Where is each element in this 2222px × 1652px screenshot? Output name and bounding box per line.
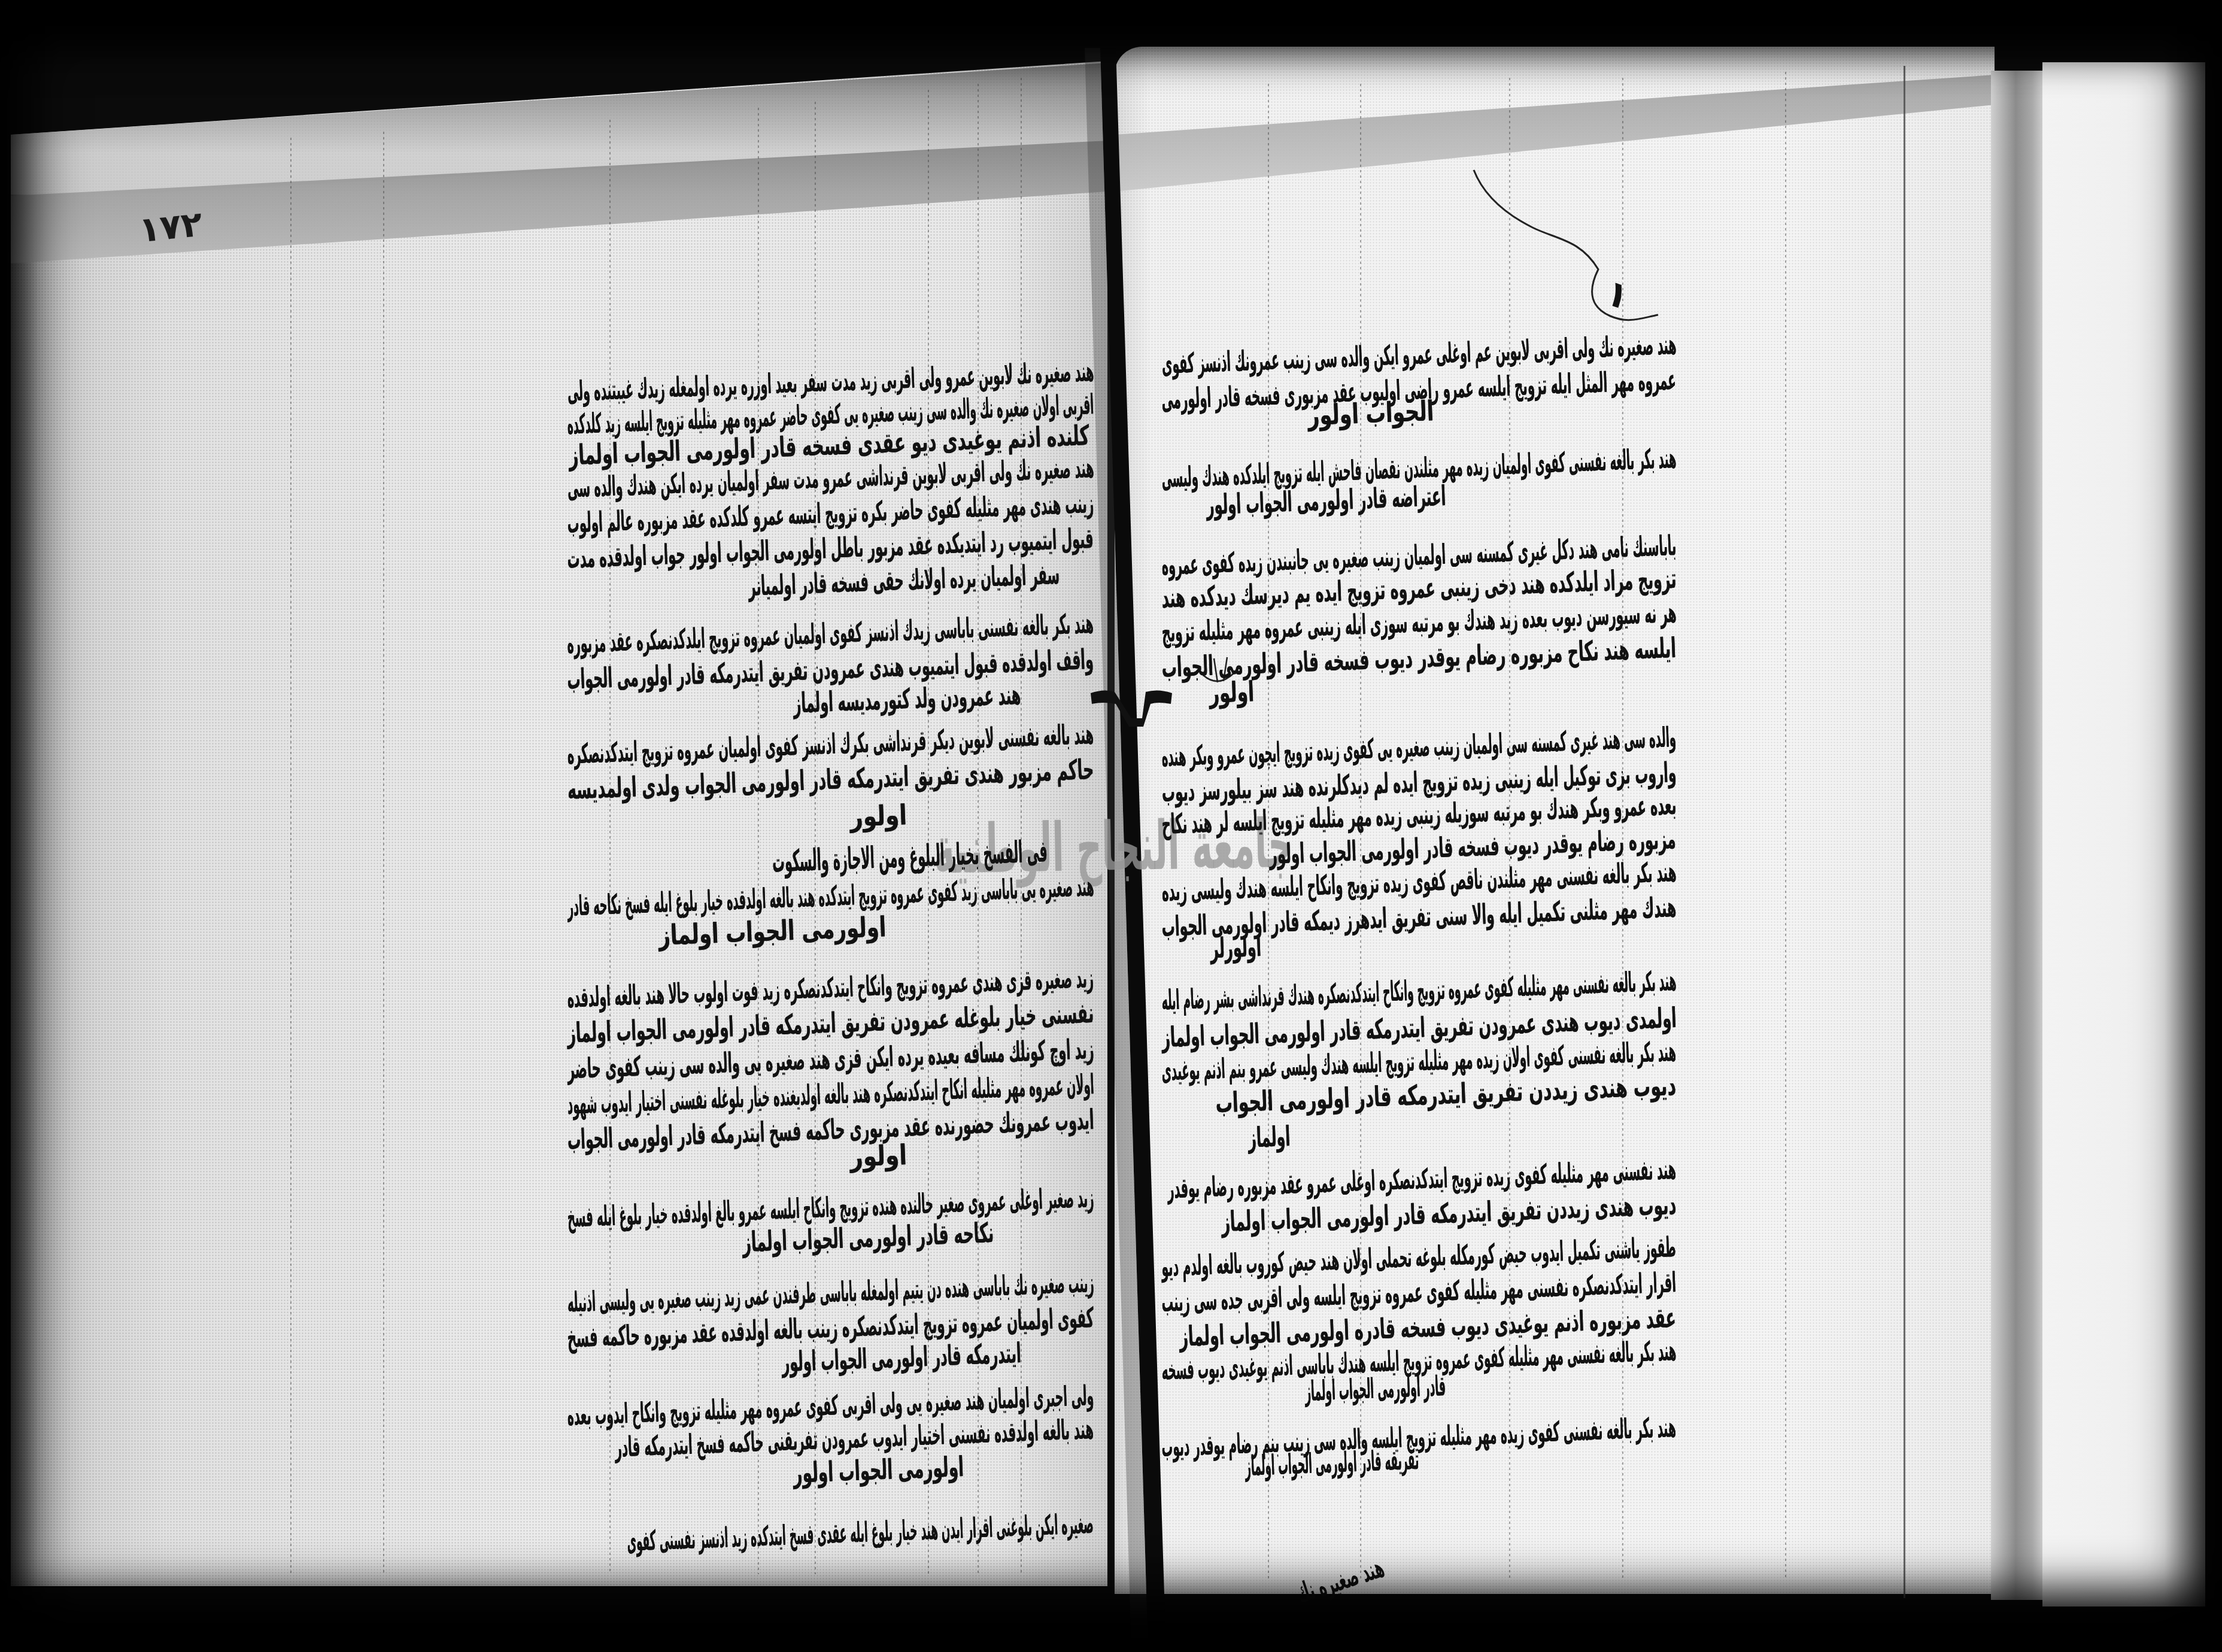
answer-line: تفریقه قادر اولورمی الجواب اولماز <box>1244 1441 1419 1484</box>
answer-line: اولورلر <box>1210 928 1262 966</box>
answer-line: اولماز <box>1247 1118 1291 1156</box>
answer-line: قادر اولورمی الجواب اولماز <box>1304 1368 1446 1409</box>
right-page-text: هند صغیره نك ولی اقربی لابوین عم اوغلی ع… <box>0 0 2222 1652</box>
answer-line: اولور <box>1209 673 1255 711</box>
answer-line: الجواب اولور <box>1307 393 1434 433</box>
manuscript-line: هند بکر بالغه نفسنی کفوی زیده مهر مثلیله… <box>1161 1409 1677 1465</box>
